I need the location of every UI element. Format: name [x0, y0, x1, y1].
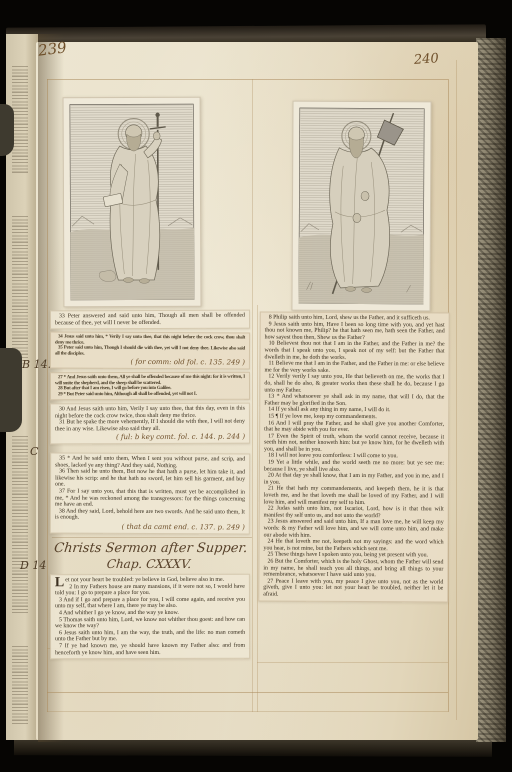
hand [353, 213, 361, 222]
verse: 7 If ye had known me, ye should have kno… [55, 642, 245, 656]
verse: 6 Jesus saith unto him, I am the way, th… [55, 629, 245, 643]
verse: 31 But he spake the more vehemently, If … [55, 419, 245, 433]
verse: 24 He that loveth me not, keepeth not my… [264, 539, 444, 553]
page-number-left: 239 [37, 38, 68, 59]
engraving-left-slip [63, 97, 202, 308]
verse-block-blackletter-2: 27 * And Jesus saith unto them, All ye s… [50, 372, 250, 401]
verse: 11 Believe me that I am in the Father, a… [264, 361, 444, 375]
verse-block-peter-answered: 33 Peter answered and said unto him, Tho… [50, 310, 250, 330]
chapter-heading: Christs Sermon after Supper. Chap. CXXXV… [48, 537, 252, 574]
handwritten-cross-reference: ( that da camt end. c. 137. p. 249 ) [55, 522, 245, 531]
verse: 12 Verily verily I say unto you, He that… [264, 374, 444, 395]
verse: 21 He that hath my commandements, and ke… [264, 486, 444, 507]
verse-block-blackletter-1: 34 Jesus said unto him, * Verily I say u… [50, 332, 250, 370]
verse: 33 Peter answered and said unto him, Tho… [55, 313, 245, 327]
verse: 29 * But Peter said unto him, Although a… [55, 391, 245, 397]
stone [99, 270, 116, 282]
margin-mark-luke-gospel: C [30, 445, 38, 458]
saint-with-sword-engraving [70, 104, 195, 301]
book-photograph: 239 240 B 14. C D 14 [0, 0, 512, 772]
previous-page-text-fragment [12, 214, 28, 364]
verse: 10 Believest thou not that I am in the F… [265, 341, 445, 362]
previous-page-engraving-fragment [0, 104, 14, 156]
verse: 4 And whither I go ye know, and the way … [55, 609, 245, 616]
ruled-line [47, 692, 448, 693]
verse-block-john14-1-7: Let not your heart be troubled: ye belie… [50, 573, 250, 659]
verse-block-two-swords: 35 * And he said unto them, When I sent … [50, 452, 250, 534]
previous-page-text-fragment [12, 644, 28, 724]
verse: 23 Jesus answered and said unto him, If … [264, 519, 444, 540]
verse: Let not your heart be troubled: ye belie… [55, 576, 245, 583]
chapter-heading-title: Christs Sermon after Supper. [50, 541, 252, 557]
previous-page-text-fragment [12, 434, 28, 614]
left-text-column: 33 Peter answered and said unto him, Tho… [50, 310, 250, 662]
handwritten-cross-reference: ( for comm: old fol. c. 135. 249 ) [55, 358, 245, 367]
verse: 37 For I say unto you, that this that is… [55, 488, 245, 509]
ruled-line [257, 662, 448, 663]
verse: 5 Thomas saith unto him, Lord, we know n… [55, 616, 245, 630]
verse: 17 Even the Spirit of truth, whom the wo… [264, 433, 444, 454]
saint-with-halberd-engraving [298, 108, 424, 305]
verse: 9 Jesus saith unto him, Have I been so l… [265, 321, 445, 342]
verse: 3 And if I go and prepare a place for yo… [55, 596, 245, 610]
page-number-right: 240 [414, 51, 440, 68]
hand [361, 191, 369, 200]
verse: 35 * And he said unto them, When I sent … [55, 455, 245, 469]
verse: 20 At that day ye shall know, that I am … [264, 473, 444, 487]
ruled-line [47, 711, 448, 712]
chapter-heading-number: Chap. CXXXV. [48, 556, 250, 572]
verse: 27 Peace I leave with you, my peace I gi… [263, 578, 443, 599]
right-text-column: 8 Philip saith unto him, Lord, shew us t… [259, 312, 449, 605]
ruled-line [456, 60, 457, 720]
verse: 26 But the Comforter, which is the holy … [263, 558, 443, 579]
verse: 36 Then said he unto them, But now he th… [55, 468, 245, 489]
drop-cap: L [55, 577, 65, 589]
verse: 30 And Jesus saith unto him, Verily I sa… [55, 406, 245, 420]
previous-page-engraving-fragment [0, 348, 22, 432]
verse: 13 * And whatsoever ye shall ask in my n… [264, 394, 444, 408]
verse: 27 * And Jesus saith unto them, All ye s… [55, 375, 245, 386]
page-stack-fore-edge [476, 38, 506, 742]
ruled-line [47, 79, 448, 80]
verse: 16 And I will pray the Father, and he sh… [264, 420, 444, 434]
verse: 2 In my Fathers house are many mansions,… [55, 583, 245, 597]
ruled-line [47, 79, 48, 712]
verse: 19 Yet a little while, and the world see… [264, 460, 444, 474]
previous-page-text-fragment [12, 64, 28, 174]
verse: 38 And they said, Lord, behold here are … [55, 508, 245, 522]
verse-block-cock-crow: 30 And Jesus saith unto him, Verily I sa… [50, 403, 250, 445]
engraving-right-slip [291, 101, 431, 312]
margin-mark-mark-gospel: B 14. [22, 358, 51, 371]
margin-mark-john-gospel: D 14 [20, 559, 46, 572]
verse: 35 Peter said unto him, Though I should … [55, 346, 245, 358]
handwritten-cross-reference: ( ful: b key comt. fol. c. 144. p. 244 ) [55, 433, 245, 442]
verse-block-john14-8-27: 8 Philip saith unto him, Lord, shew us t… [258, 312, 450, 603]
ruled-line [252, 79, 253, 712]
